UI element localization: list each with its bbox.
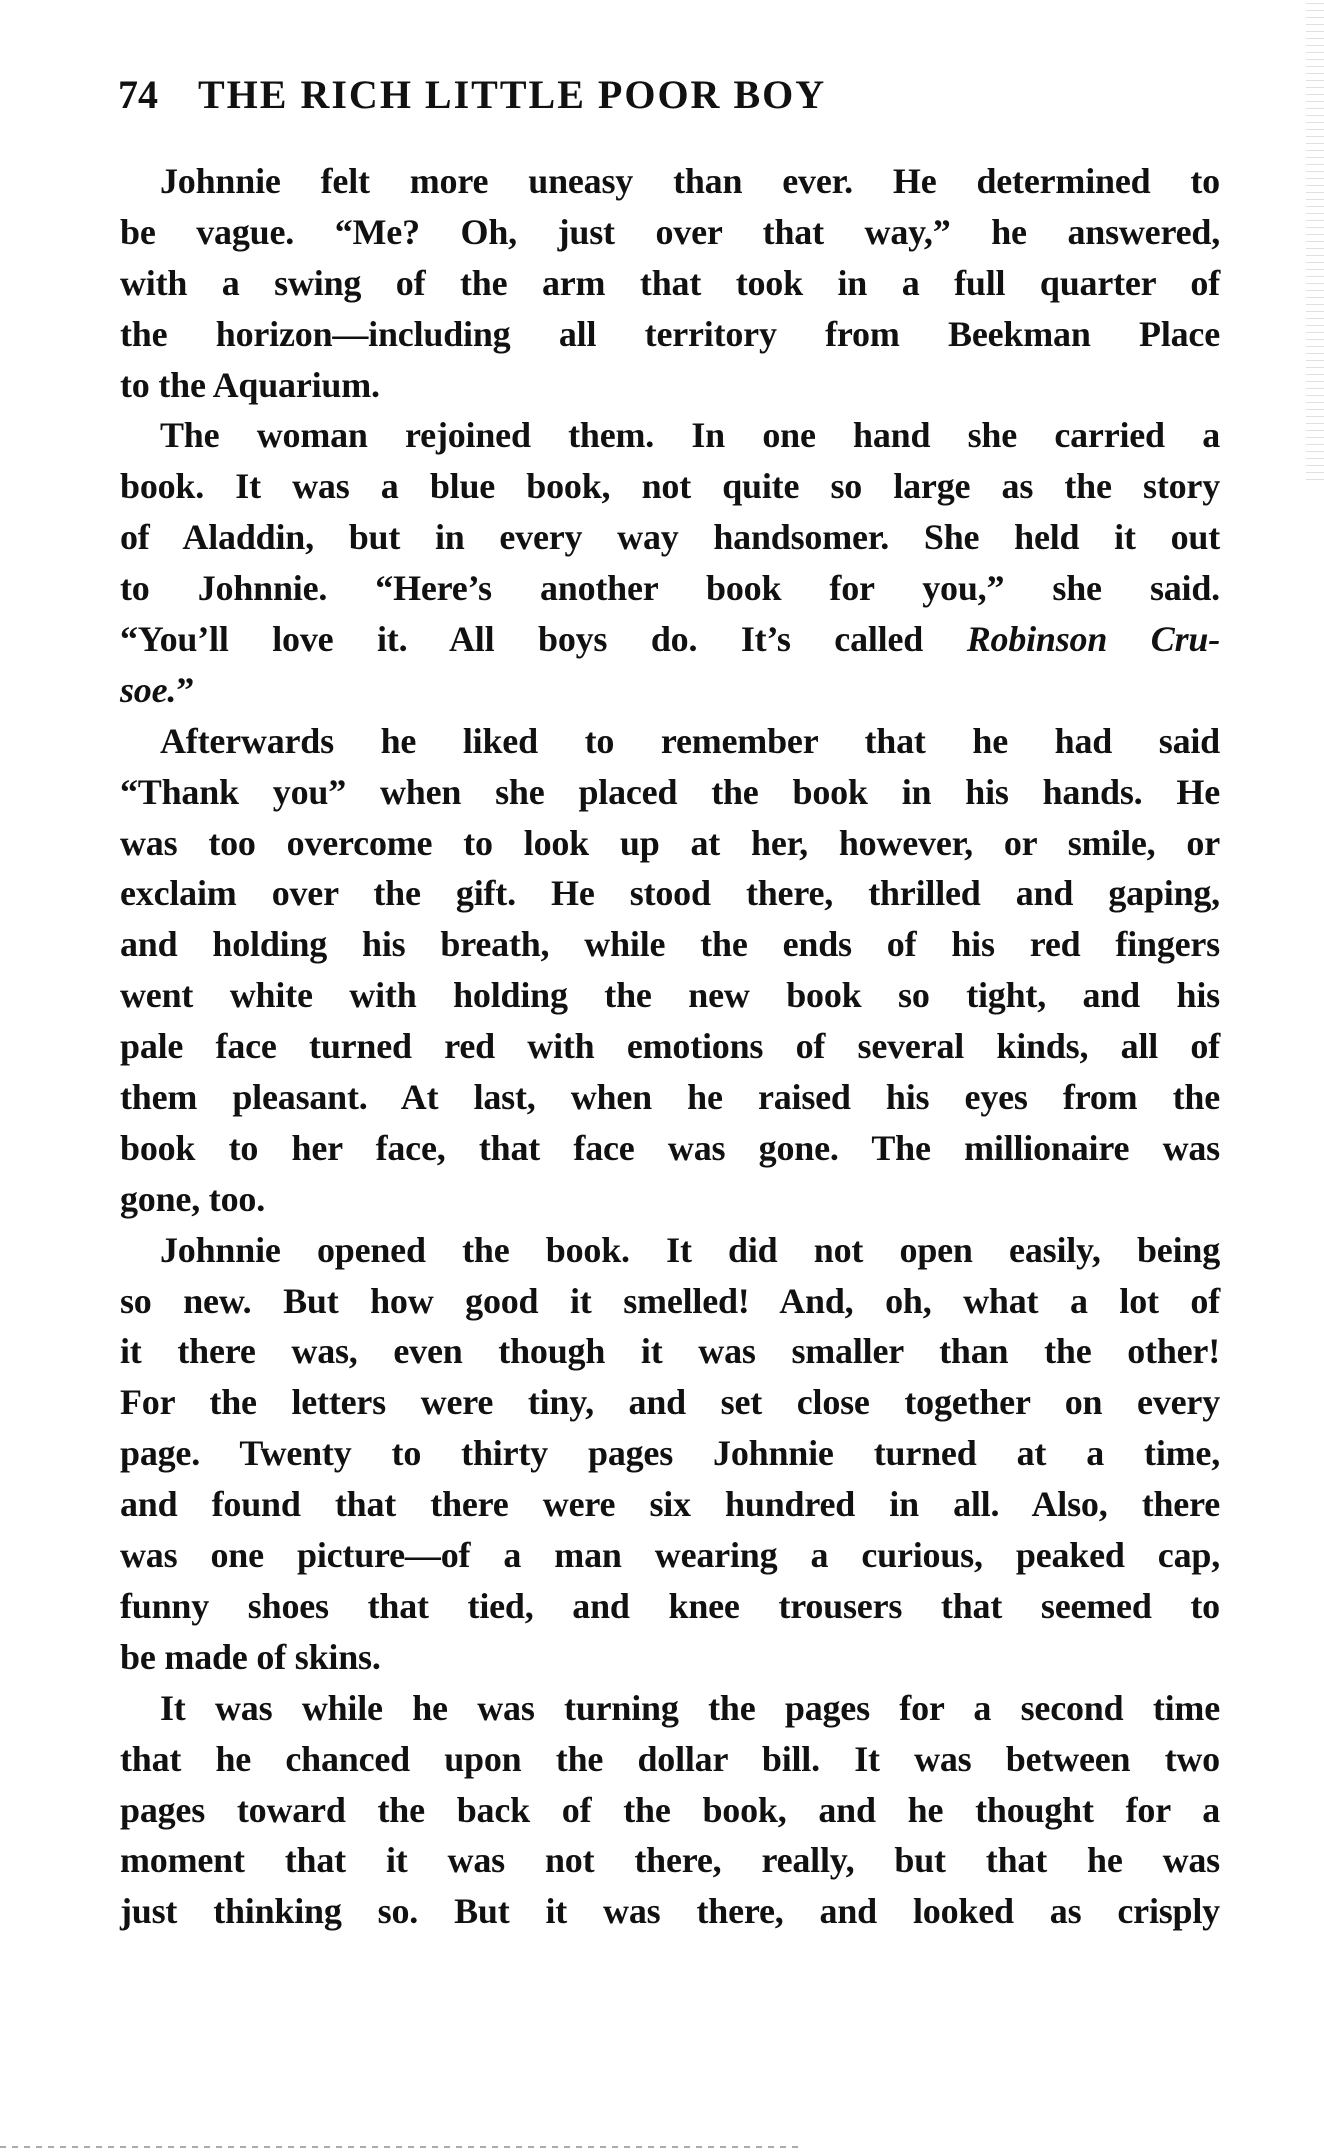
text-line: Johnnie opened the book. It did not open… [120,1225,1220,1276]
scan-edge-noise [1306,0,1324,480]
text-line: and found that there were six hundred in… [120,1479,1220,1530]
text-line: was too overcome to look up at her, howe… [120,818,1220,869]
text-line: It was while he was turning the pages fo… [120,1683,1220,1734]
text-line: “Thank you” when she placed the book in … [120,767,1220,818]
scan-bottom-artifact [0,2146,800,2148]
running-title: THE RICH LITTLE POOR BOY [198,70,826,120]
text-line: of Aladdin, but in every way handsomer. … [120,512,1220,563]
text-line: to the Aquarium. [120,360,1220,411]
text-line: funny shoes that tied, and knee trousers… [120,1581,1220,1632]
text-line: went white with holding the new book so … [120,970,1220,1021]
text-line: book to her face, that face was gone. Th… [120,1123,1220,1174]
text-line: it there was, even though it was smaller… [120,1326,1220,1377]
page-header: 74 THE RICH LITTLE POOR BOY [118,70,1228,120]
body-text: Johnnie felt more uneasy than ever. He d… [120,156,1220,1937]
book-title-italic-continued: soe. [120,670,176,710]
text-line: was one picture—of a man wearing a curio… [120,1530,1220,1581]
text-line: The woman rejoined them. In one hand she… [120,410,1220,461]
book-title-italic: Robinson Cru- [967,619,1220,659]
text-line: and holding his breath, while the ends o… [120,919,1220,970]
text-line: “You’ll love it. All boys do. It’s calle… [120,614,1220,665]
text-line: moment that it was not there, really, bu… [120,1835,1220,1886]
text-line: gone, too. [120,1174,1220,1225]
text-line-start: “You’ll love it. All boys do. It’s calle… [120,619,923,659]
page-number: 74 [118,70,158,120]
text-line: that he chanced upon the dollar bill. It… [120,1734,1220,1785]
text-line: to Johnnie. “Here’s another book for you… [120,563,1220,614]
text-line: Johnnie felt more uneasy than ever. He d… [120,156,1220,207]
text-line: with a swing of the arm that took in a f… [120,258,1220,309]
text-line: just thinking so. But it was there, and … [120,1886,1220,1937]
text-line: For the letters were tiny, and set close… [120,1377,1220,1428]
text-line: be vague. “Me? Oh, just over that way,” … [120,207,1220,258]
text-line: the horizon—including all territory from… [120,309,1220,360]
text-line: page. Twenty to thirty pages Johnnie tur… [120,1428,1220,1479]
text-line: pale face turned red with emotions of se… [120,1021,1220,1072]
text-line: so new. But how good it smelled! And, oh… [120,1276,1220,1327]
text-line: Afterwards he liked to remember that he … [120,716,1220,767]
text-line: pages toward the back of the book, and h… [120,1785,1220,1836]
text-line: exclaim over the gift. He stood there, t… [120,868,1220,919]
text-line: them pleasant. At last, when he raised h… [120,1072,1220,1123]
text-line: book. It was a blue book, not quite so l… [120,461,1220,512]
text-line: soe.” [120,665,1220,716]
closing-quote: ” [176,670,194,710]
text-line: be made of skins. [120,1632,1220,1683]
